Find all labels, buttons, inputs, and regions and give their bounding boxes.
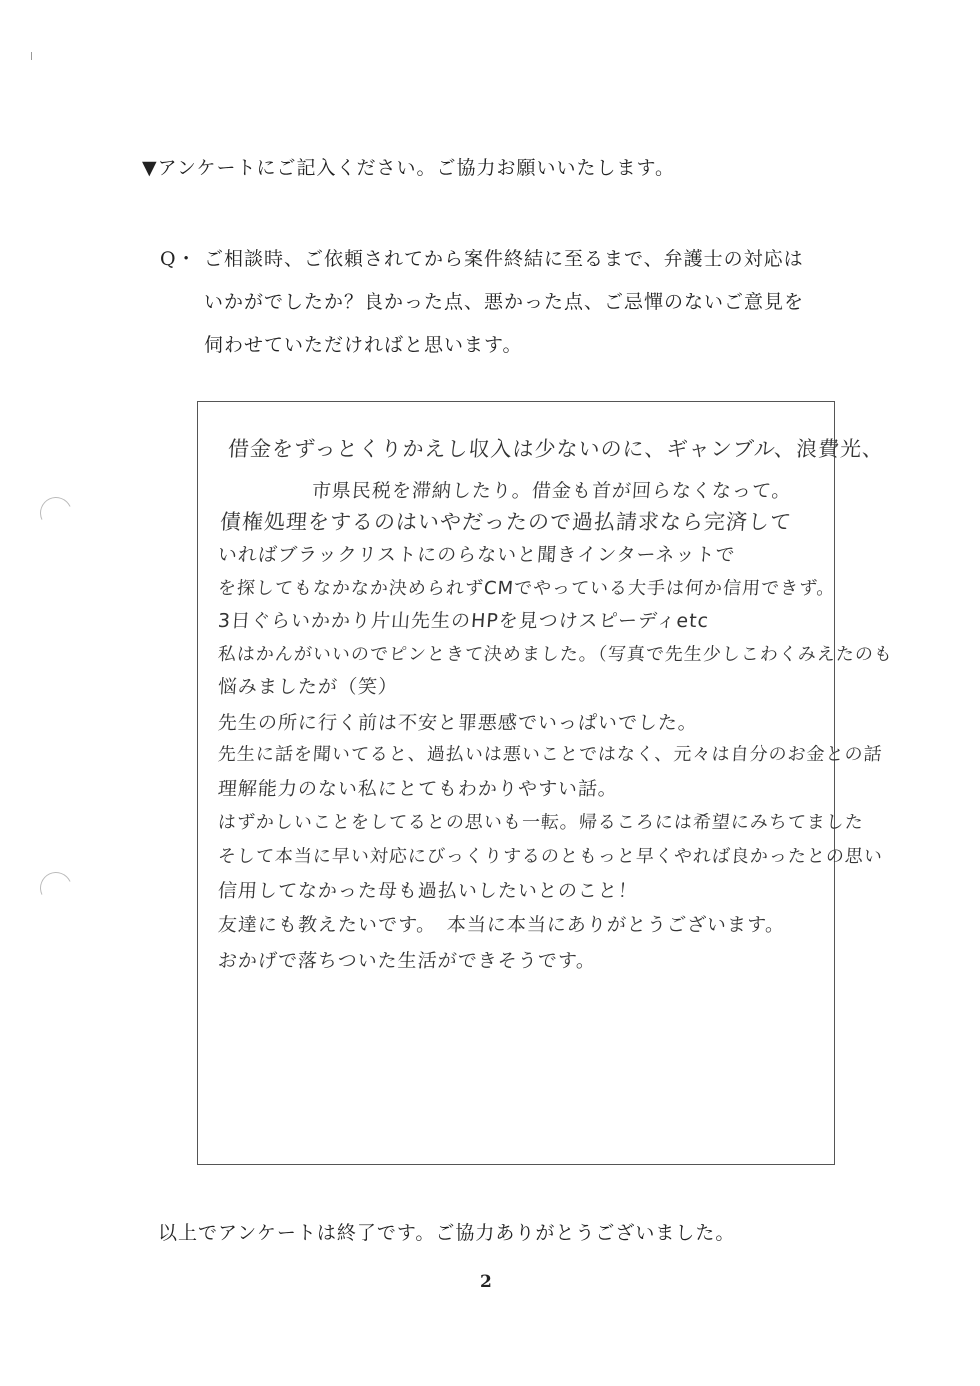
handwritten-line: 私はかんがいいのでピンときて決めました。（写真で先生少しこわくみえたのも bbox=[217, 640, 894, 666]
handwritten-line: そして本当に早い対応にびっくりするのともっと早くやれば良かったとの思い bbox=[217, 842, 884, 868]
survey-closing: 以上でアンケートは終了です。ご協力ありがとうございました。 bbox=[158, 1218, 735, 1245]
handwritten-line: 債権処理をするのはいやだったので過払請求なら完済して bbox=[219, 506, 793, 536]
handwritten-line: 市県民税を滞納したり。借金も首が回らなくなって。 bbox=[311, 476, 793, 503]
punch-hole-icon bbox=[35, 492, 76, 533]
question-line: Q・ご相談時、ご依頼されてから案件終結に至るまで、弁護士の対応は bbox=[160, 238, 804, 281]
handwritten-line: 借金をずっとくりかえし収入は少ないのに、ギャンブル、浪費光、 bbox=[227, 433, 885, 463]
handwritten-line: おかげで落ちついた生活ができそうです。 bbox=[217, 946, 597, 973]
page-number: 2 bbox=[480, 1272, 492, 1292]
handwritten-line: 先生の所に行く前は不安と罪悪感でいっぱいでした。 bbox=[217, 708, 699, 735]
handwritten-line: 友達にも教えたいです。 本当に本当にありがとうございます。 bbox=[217, 910, 786, 937]
punch-hole-icon bbox=[35, 867, 76, 908]
question-line: いかがでしたか？良かった点、悪かった点、ご忌憚のないご意見を bbox=[160, 281, 804, 324]
handwritten-line: を探してもなかなか決められずCMでやっている大手は何か信用できず。 bbox=[217, 574, 836, 600]
question-prefix: Q・ bbox=[160, 238, 204, 281]
handwritten-line: 信用してなかった母も過払いしたいとのこと！ bbox=[217, 876, 639, 903]
survey-question: Q・ご相談時、ご依頼されてから案件終結に至るまで、弁護士の対応は いかがでしたか… bbox=[160, 238, 804, 367]
handwritten-line: いればブラックリストにのらないと聞きインターネットで bbox=[217, 540, 736, 567]
question-line: 伺わせていただければと思います。 bbox=[160, 324, 804, 367]
scan-mark bbox=[31, 52, 32, 60]
handwritten-line: はずかしいことをしてるとの思いも一転。帰るころには希望にみちてました bbox=[217, 808, 865, 834]
handwritten-line: 先生に話を聞いてると、過払いは悪いことではなく、元々は自分のお金との話 bbox=[217, 740, 883, 766]
survey-page: ▼アンケートにご記入ください。ご協力お願いいたします。 Q・ご相談時、ご依頼され… bbox=[0, 0, 980, 1386]
handwritten-line: 悩みましたが（笑） bbox=[217, 672, 399, 699]
handwritten-line: 3日ぐらいかかり片山先生のHPを見つけスピーディetc bbox=[217, 606, 710, 633]
handwritten-line: 理解能力のない私にとてもわかりやすい話。 bbox=[217, 774, 619, 801]
survey-instruction: ▼アンケートにご記入ください。ご協力お願いいたします。 bbox=[142, 153, 675, 180]
